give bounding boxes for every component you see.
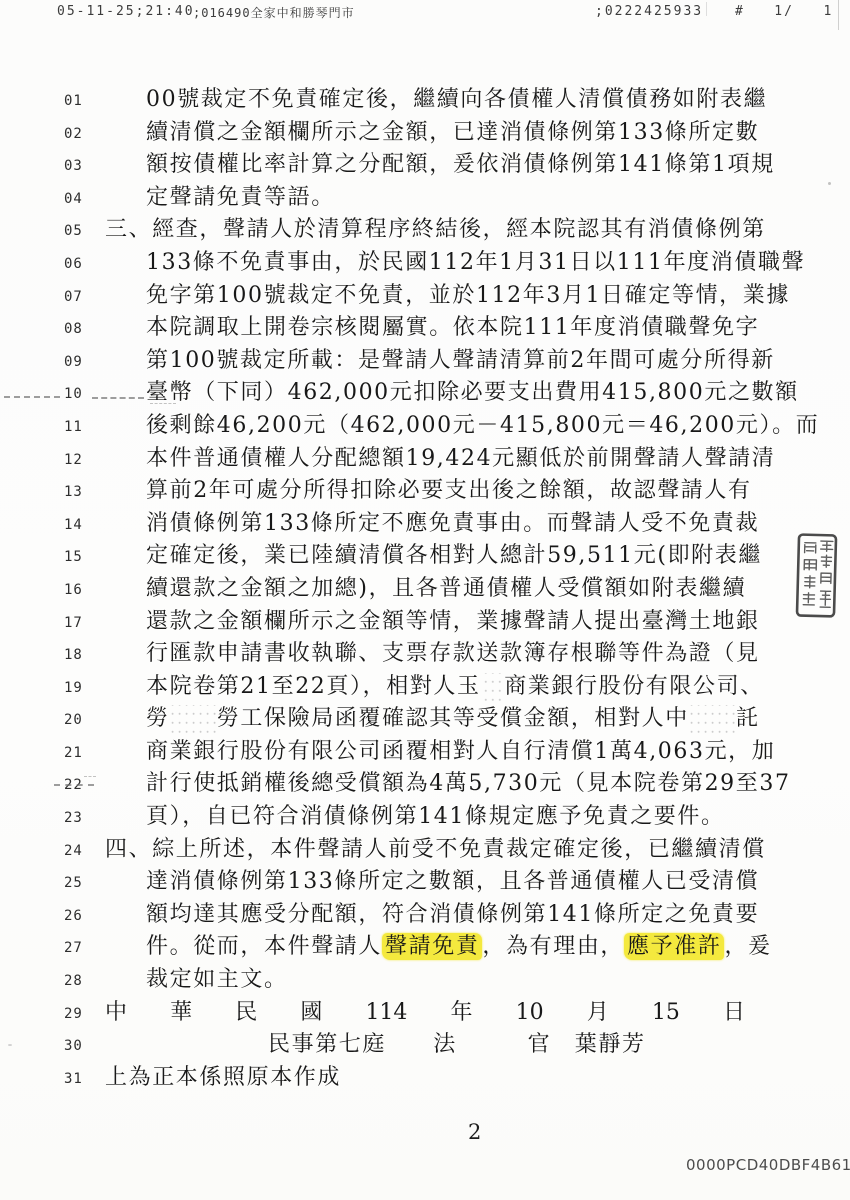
line-text: 133條不免責事由，於民國112年1月31日以111年度消債職聲: [146, 249, 805, 277]
document-line: 08本院調取上開卷宗核閱屬實。依本院111年度消債職聲免字: [0, 312, 850, 345]
line-text: 中華民國114年10月15日: [105, 999, 745, 1027]
document-line: 16續還款之金額之加總)，且各普通債權人受償額如附表繼續: [0, 573, 850, 606]
line-number: 21: [64, 745, 83, 761]
line-text: 民事第七庭 法 官 葉靜芳: [268, 1031, 646, 1059]
line-number: 03: [64, 158, 83, 174]
document-line: 02續清償之金額欄所示之金額，已達消債條例第133條所定數: [0, 117, 850, 150]
line-number: 09: [64, 354, 83, 370]
line-number: 18: [64, 647, 83, 663]
scan-artifact-dash: [84, 776, 96, 777]
highlighted-text: 聲請免責: [382, 933, 482, 960]
date-part: 年: [451, 999, 473, 1027]
document-line: 26額均達其應受分配額，符合消債條例第141條所定之免責要: [0, 899, 850, 932]
document-line: 25達消債條例第133條所定之數額，且各普通債權人已受清償: [0, 866, 850, 899]
document-line: 13算前2年可處分所得扣除必要支出後之餘額，故認聲請人有: [0, 475, 850, 508]
line-text: 定聲請免責等語。: [146, 184, 335, 212]
line-number: 17: [64, 615, 83, 631]
document-line: 05三、經查，聲請人於清算程序終結後，經本院認其有消債條例第: [0, 214, 850, 247]
line-text: 達消債條例第133條所定之數額，且各普通債權人已受清償: [146, 868, 759, 896]
line-text: 四、綜上所述，本件聲請人前受不免責裁定確定後，已繼續清償: [105, 836, 766, 864]
text-segment: 額均達其應受分配額，符合消債條例第141條所定之免責要: [146, 902, 759, 927]
text-segment: 續還款之金額之加總)，且各普通債權人受償額如附表繼續: [146, 576, 746, 601]
line-text: 本院調取上開卷宗核閱屬實。依本院111年度消債職聲免字: [146, 314, 759, 342]
line-number: 28: [64, 973, 83, 989]
line-text: 續還款之金額之加總)，且各普通債權人受償額如附表繼續: [146, 575, 746, 603]
text-segment: 後剩餘46,200元（462,000元－415,800元＝46,200元）。而: [146, 413, 819, 438]
text-segment: 本院調取上開卷宗核閱屬實。依本院111年度消債職聲免字: [146, 315, 759, 340]
fax-page-indicator: # 1/ 1: [735, 4, 833, 19]
line-text: 三、經查，聲請人於清算程序終結後，經本院認其有消債條例第: [105, 216, 766, 244]
date-part: 日: [723, 999, 745, 1027]
document-line: 17還款之金額欄所示之金額等情，業據聲請人提出臺灣土地銀: [0, 606, 850, 639]
line-number: 27: [64, 940, 83, 956]
document-line: 18行匯款申請書收執聯、支票存款送款簿存根聯等件為證（見: [0, 638, 850, 671]
line-number: 15: [64, 549, 83, 565]
scan-artifact-dash: [54, 784, 94, 786]
line-number: 06: [64, 256, 83, 272]
text-segment: 勞: [146, 706, 170, 731]
scan-artifact-dash: [92, 397, 144, 399]
date-part: 華: [170, 999, 192, 1027]
text-segment: 免字第100號裁定不免責，並於112年3月1日確定等情，業據: [146, 283, 790, 308]
line-text: 消債條例第133條所定不應免責事由。而聲請人受不免責裁: [146, 510, 759, 538]
date-part: 114: [365, 999, 407, 1027]
line-number: 14: [64, 517, 83, 533]
document-barcode-id: 0000PCD40DBF4B6177: [686, 1156, 850, 1174]
line-text: 第100號裁定所載：是聲請人聲請清算前2年間可處分所得新: [146, 347, 775, 375]
document-line: 24四、綜上所述，本件聲請人前受不免責裁定確定後，已繼續清償: [0, 834, 850, 867]
line-text: 商業銀行股份有限公司函覆相對人自行清償1萬4,063元，加: [146, 738, 775, 766]
line-number: 07: [64, 289, 83, 305]
line-text: 行匯款申請書收執聯、支票存款送款簿存根聯等件為證（見: [146, 640, 760, 668]
date-part: 15: [652, 999, 680, 1027]
text-segment: 勞工保險局函覆確認其等受償金額，相對人中: [217, 706, 689, 731]
line-number: 12: [64, 452, 83, 468]
document-line: 23頁），自已符合消債條例第141條規定應予免責之要件。: [0, 801, 850, 834]
line-text: 本件普通債權人分配總額19,424元顯低於前開聲請人聲請清: [146, 445, 775, 473]
line-text: 臺幣（下同）462,000元扣除必要支出費用415,800元之數額: [146, 379, 799, 407]
document-line: 04定聲請免責等語。: [0, 182, 850, 215]
document-line: 27件。從而，本件聲請人聲請免責，為有理由，應予准許，爰: [0, 931, 850, 964]
fax-number: ;0222425933: [595, 4, 703, 19]
document-line: 11後剩餘46,200元（462,000元－415,800元＝46,200元）。…: [0, 410, 850, 443]
scan-artifact-dash: [150, 403, 176, 404]
line-number: 23: [64, 810, 83, 826]
redacted-gap: [481, 673, 505, 701]
document-line: 03額按債權比率計算之分配額，爰依消債條例第141條第1項規: [0, 149, 850, 182]
text-segment: 託: [736, 706, 760, 731]
document-line: 29中華民國114年10月15日: [0, 997, 850, 1030]
text-segment: 00號裁定不免責確定後，繼續向各債權人清償債務如附表繼: [146, 87, 767, 112]
line-text: 上為正本係照原本作成: [105, 1064, 341, 1092]
line-number: 10: [64, 386, 83, 402]
line-number: 02: [64, 126, 83, 142]
line-text: 勞 勞工保險局函覆確認其等受償金額，相對人中 託: [146, 705, 760, 733]
fax-sender: ;016490全家中和勝琴門市: [193, 4, 355, 21]
redacted-gap: [170, 705, 217, 733]
text-segment: 續清償之金額欄所示之金額，已達消債條例第133條所定數: [146, 120, 759, 145]
document-line: 31上為正本係照原本作成: [0, 1062, 850, 1095]
document-line: 22計行使抵銷權後總受償額為4萬5,730元（見本院卷第29至37: [0, 768, 850, 801]
line-text: 計行使抵銷權後總受償額為4萬5,730元（見本院卷第29至37: [146, 770, 791, 798]
text-segment: 達消債條例第133條所定之數額，且各普通債權人已受清償: [146, 869, 759, 894]
text-segment: 133條不免責事由，於民國112年1月31日以111年度消債職聲: [146, 250, 805, 275]
line-text: 額均達其應受分配額，符合消債條例第141條所定之免責要: [146, 901, 759, 929]
line-text: 頁），自已符合消債條例第141條規定應予免責之要件。: [146, 803, 725, 831]
redacted-gap: [689, 705, 736, 733]
line-text: 額按債權比率計算之分配額，爰依消債條例第141條第1項規: [146, 151, 775, 179]
text-segment: 頁），自已符合消債條例第141條規定應予免責之要件。: [146, 804, 725, 829]
line-number: 05: [64, 223, 83, 239]
scanned-court-document-page: 05-11-25;21:40 ;016490全家中和勝琴門市 ;02224259…: [0, 0, 850, 1200]
line-number: 25: [64, 875, 83, 891]
text-segment: 還款之金額欄所示之金額等情，業據聲請人提出臺灣土地銀: [146, 609, 760, 634]
text-segment: 臺幣（下同）462,000元扣除必要支出費用415,800元之數額: [146, 380, 799, 405]
text-segment: 商業銀行股份有限公司函覆相對人自行清償1萬4,063元，加: [146, 739, 775, 764]
text-segment: 計行使抵銷權後總受償額為4萬5,730元（見本院卷第29至37: [146, 771, 791, 796]
date-part: 民: [235, 999, 257, 1027]
line-number: 13: [64, 484, 83, 500]
document-line: 15定確定後，業已陸續清償各相對人總計59,511元(即附表繼: [0, 540, 850, 573]
text-segment: 三、經查，聲請人於清算程序終結後，經本院認其有消債條例第: [105, 217, 766, 242]
document-line: 10臺幣（下同）462,000元扣除必要支出費用415,800元之數額: [0, 377, 850, 410]
date-part: 10: [516, 999, 544, 1027]
text-segment: 四、綜上所述，本件聲請人前受不免責裁定確定後，已繼續清償: [105, 837, 766, 862]
line-number: 19: [64, 680, 83, 696]
text-segment: 算前2年可處分所得扣除必要支出後之餘額，故認聲請人有: [146, 478, 752, 503]
scan-artifact-speck: [828, 182, 831, 185]
line-number: 26: [64, 908, 83, 924]
line-number: 29: [64, 1006, 83, 1022]
court-registry-seal-stamp: [795, 532, 839, 619]
page-number: 2: [468, 1120, 482, 1144]
document-line: 07免字第100號裁定不免責，並於112年3月1日確定等情，業據: [0, 280, 850, 313]
document-line: 06133條不免責事由，於民國112年1月31日以111年度消債職聲: [0, 247, 850, 280]
line-text: 後剩餘46,200元（462,000元－415,800元＝46,200元）。而: [146, 412, 819, 440]
line-number: 30: [64, 1038, 83, 1054]
document-line: 19本院卷第21至22頁），相對人玉 商業銀行股份有限公司、: [0, 671, 850, 704]
line-number: 16: [64, 582, 83, 598]
text-segment: 件。從而，本件聲請人: [146, 934, 382, 959]
text-segment: ，為有理由，: [482, 934, 624, 959]
line-number: 01: [64, 93, 83, 109]
line-number: 24: [64, 843, 83, 859]
scan-artifact-line: [706, 2, 707, 16]
line-number: 11: [64, 419, 83, 435]
line-text: 免字第100號裁定不免責，並於112年3月1日確定等情，業據: [146, 282, 790, 310]
fax-header: 05-11-25;21:40 ;016490全家中和勝琴門市 ;02224259…: [0, 4, 850, 24]
document-line: 30民事第七庭 法 官 葉靜芳: [0, 1029, 850, 1062]
text-segment: 第100號裁定所載：是聲請人聲請清算前2年間可處分所得新: [146, 348, 775, 373]
text-segment: 本件普通債權人分配總額19,424元顯低於前開聲請人聲請清: [146, 446, 775, 471]
line-number: 08: [64, 321, 83, 337]
text-segment: 消債條例第133條所定不應免責事由。而聲請人受不免責裁: [146, 511, 759, 536]
line-text: 算前2年可處分所得扣除必要支出後之餘額，故認聲請人有: [146, 477, 752, 505]
document-line: 14消債條例第133條所定不應免責事由。而聲請人受不免責裁: [0, 508, 850, 541]
document-line: 0100號裁定不免責確定後，繼續向各債權人清償債務如附表繼: [0, 84, 850, 117]
date-part: 國: [300, 999, 322, 1027]
text-segment: 額按債權比率計算之分配額，爰依消債條例第141條第1項規: [146, 152, 775, 177]
date-part: 中: [105, 999, 127, 1027]
text-segment: 上為正本係照原本作成: [105, 1065, 341, 1090]
scan-artifact-dash: [4, 396, 60, 398]
text-segment: 定確定後，業已陸續清償各相對人總計59,511元(即附表繼: [146, 543, 762, 568]
line-number: 20: [64, 712, 83, 728]
line-text: 00號裁定不免責確定後，繼續向各債權人清償債務如附表繼: [146, 86, 767, 114]
date-part: 月: [587, 999, 609, 1027]
line-number: 31: [64, 1071, 83, 1087]
text-segment: 定聲請免責等語。: [146, 185, 335, 210]
line-number: 04: [64, 191, 83, 207]
text-segment: 商業銀行股份有限公司、: [504, 674, 764, 699]
line-text: 件。從而，本件聲請人聲請免責，為有理由，應予准許，爰: [146, 933, 772, 961]
text-segment: 裁定如主文。: [146, 967, 288, 992]
line-text: 本院卷第21至22頁），相對人玉 商業銀行股份有限公司、: [146, 673, 764, 701]
document-line: 20勞 勞工保險局函覆確認其等受償金額，相對人中 託: [0, 703, 850, 736]
document-line: 28裁定如主文。: [0, 964, 850, 997]
scan-artifact-speck: [8, 1044, 12, 1046]
text-segment: ，爰: [724, 934, 771, 959]
text-segment: 本院卷第21至22頁），相對人玉: [146, 674, 481, 699]
document-line: 09第100號裁定所載：是聲請人聲請清算前2年間可處分所得新: [0, 345, 850, 378]
document-line: 21商業銀行股份有限公司函覆相對人自行清償1萬4,063元，加: [0, 736, 850, 769]
highlighted-text: 應予准許: [624, 933, 724, 960]
line-text: 定確定後，業已陸續清償各相對人總計59,511元(即附表繼: [146, 542, 762, 570]
line-text: 還款之金額欄所示之金額等情，業據聲請人提出臺灣土地銀: [146, 608, 760, 636]
scan-artifact-line: [838, 0, 839, 30]
document-lines: 0100號裁定不免責確定後，繼續向各債權人清償債務如附表繼02續清償之金額欄所示…: [0, 84, 850, 1094]
line-text: 裁定如主文。: [146, 966, 288, 994]
text-segment: 行匯款申請書收執聯、支票存款送款簿存根聯等件為證（見: [146, 641, 760, 666]
fax-timestamp: 05-11-25;21:40: [57, 4, 195, 19]
document-line: 12本件普通債權人分配總額19,424元顯低於前開聲請人聲請清: [0, 443, 850, 476]
line-text: 續清償之金額欄所示之金額，已達消債條例第133條所定數: [146, 119, 759, 147]
